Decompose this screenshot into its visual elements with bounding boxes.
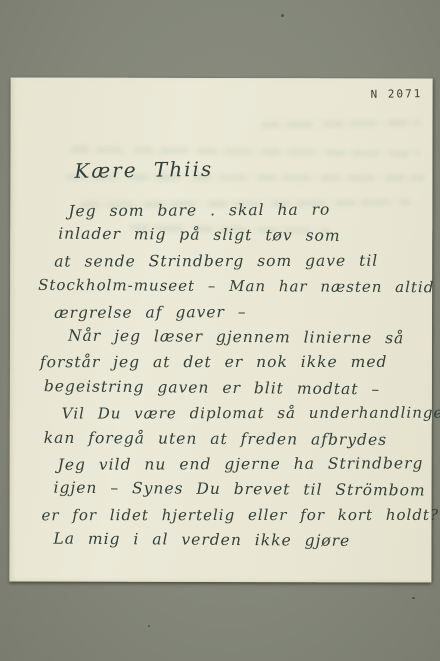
handwritten-line: igjen – Synes Du brevet til Strömbom — [53, 476, 431, 504]
handwritten-line: forstår jeg at det er nok ikke med — [40, 350, 432, 376]
handwritten-line: er for lidet hjertelig eller for kort ho… — [42, 503, 432, 529]
handwritten-line: kan foregå uten at freden afbrydes — [44, 425, 432, 453]
show-through-writing — [260, 119, 420, 128]
handwritten-line: begeistring gaven er blit modtat – — [44, 374, 432, 403]
handwritten-line: Jeg som bare . skal ha ro — [68, 197, 432, 225]
handwritten-line: Vil Du være diplomat så underhandlinger — [62, 401, 432, 427]
letter-body: Jeg som bare . skal ha ro inlader mig på… — [9, 197, 432, 554]
handwritten-line: ærgrelse af gaver – — [54, 299, 432, 326]
background-speck — [281, 14, 284, 17]
salutation: Kære Thiis — [74, 157, 213, 183]
handwritten-line: at sende Strindberg som gave til — [54, 248, 432, 274]
background-speck — [412, 597, 415, 599]
handwritten-line: inlader mig på sligt tøv som — [58, 222, 432, 250]
letter-page: N 2071 Kære Thiis Jeg som bare . skal ha… — [9, 77, 432, 582]
handwritten-line: Når jeg læser gjennem linierne så — [68, 324, 432, 352]
handwritten-line: Jeg vild nu end gjerne ha Strindberg — [58, 451, 432, 478]
archive-number: N 2071 — [371, 87, 423, 101]
handwritten-line: La mig i al verden ikke gjøre — [53, 527, 431, 555]
handwritten-line: Stockholm-museet – Man har næsten altid — [38, 273, 432, 301]
background-speck — [148, 625, 150, 627]
show-through-writing — [70, 146, 420, 157]
photo-background: N 2071 Kære Thiis Jeg som bare . skal ha… — [0, 0, 440, 661]
